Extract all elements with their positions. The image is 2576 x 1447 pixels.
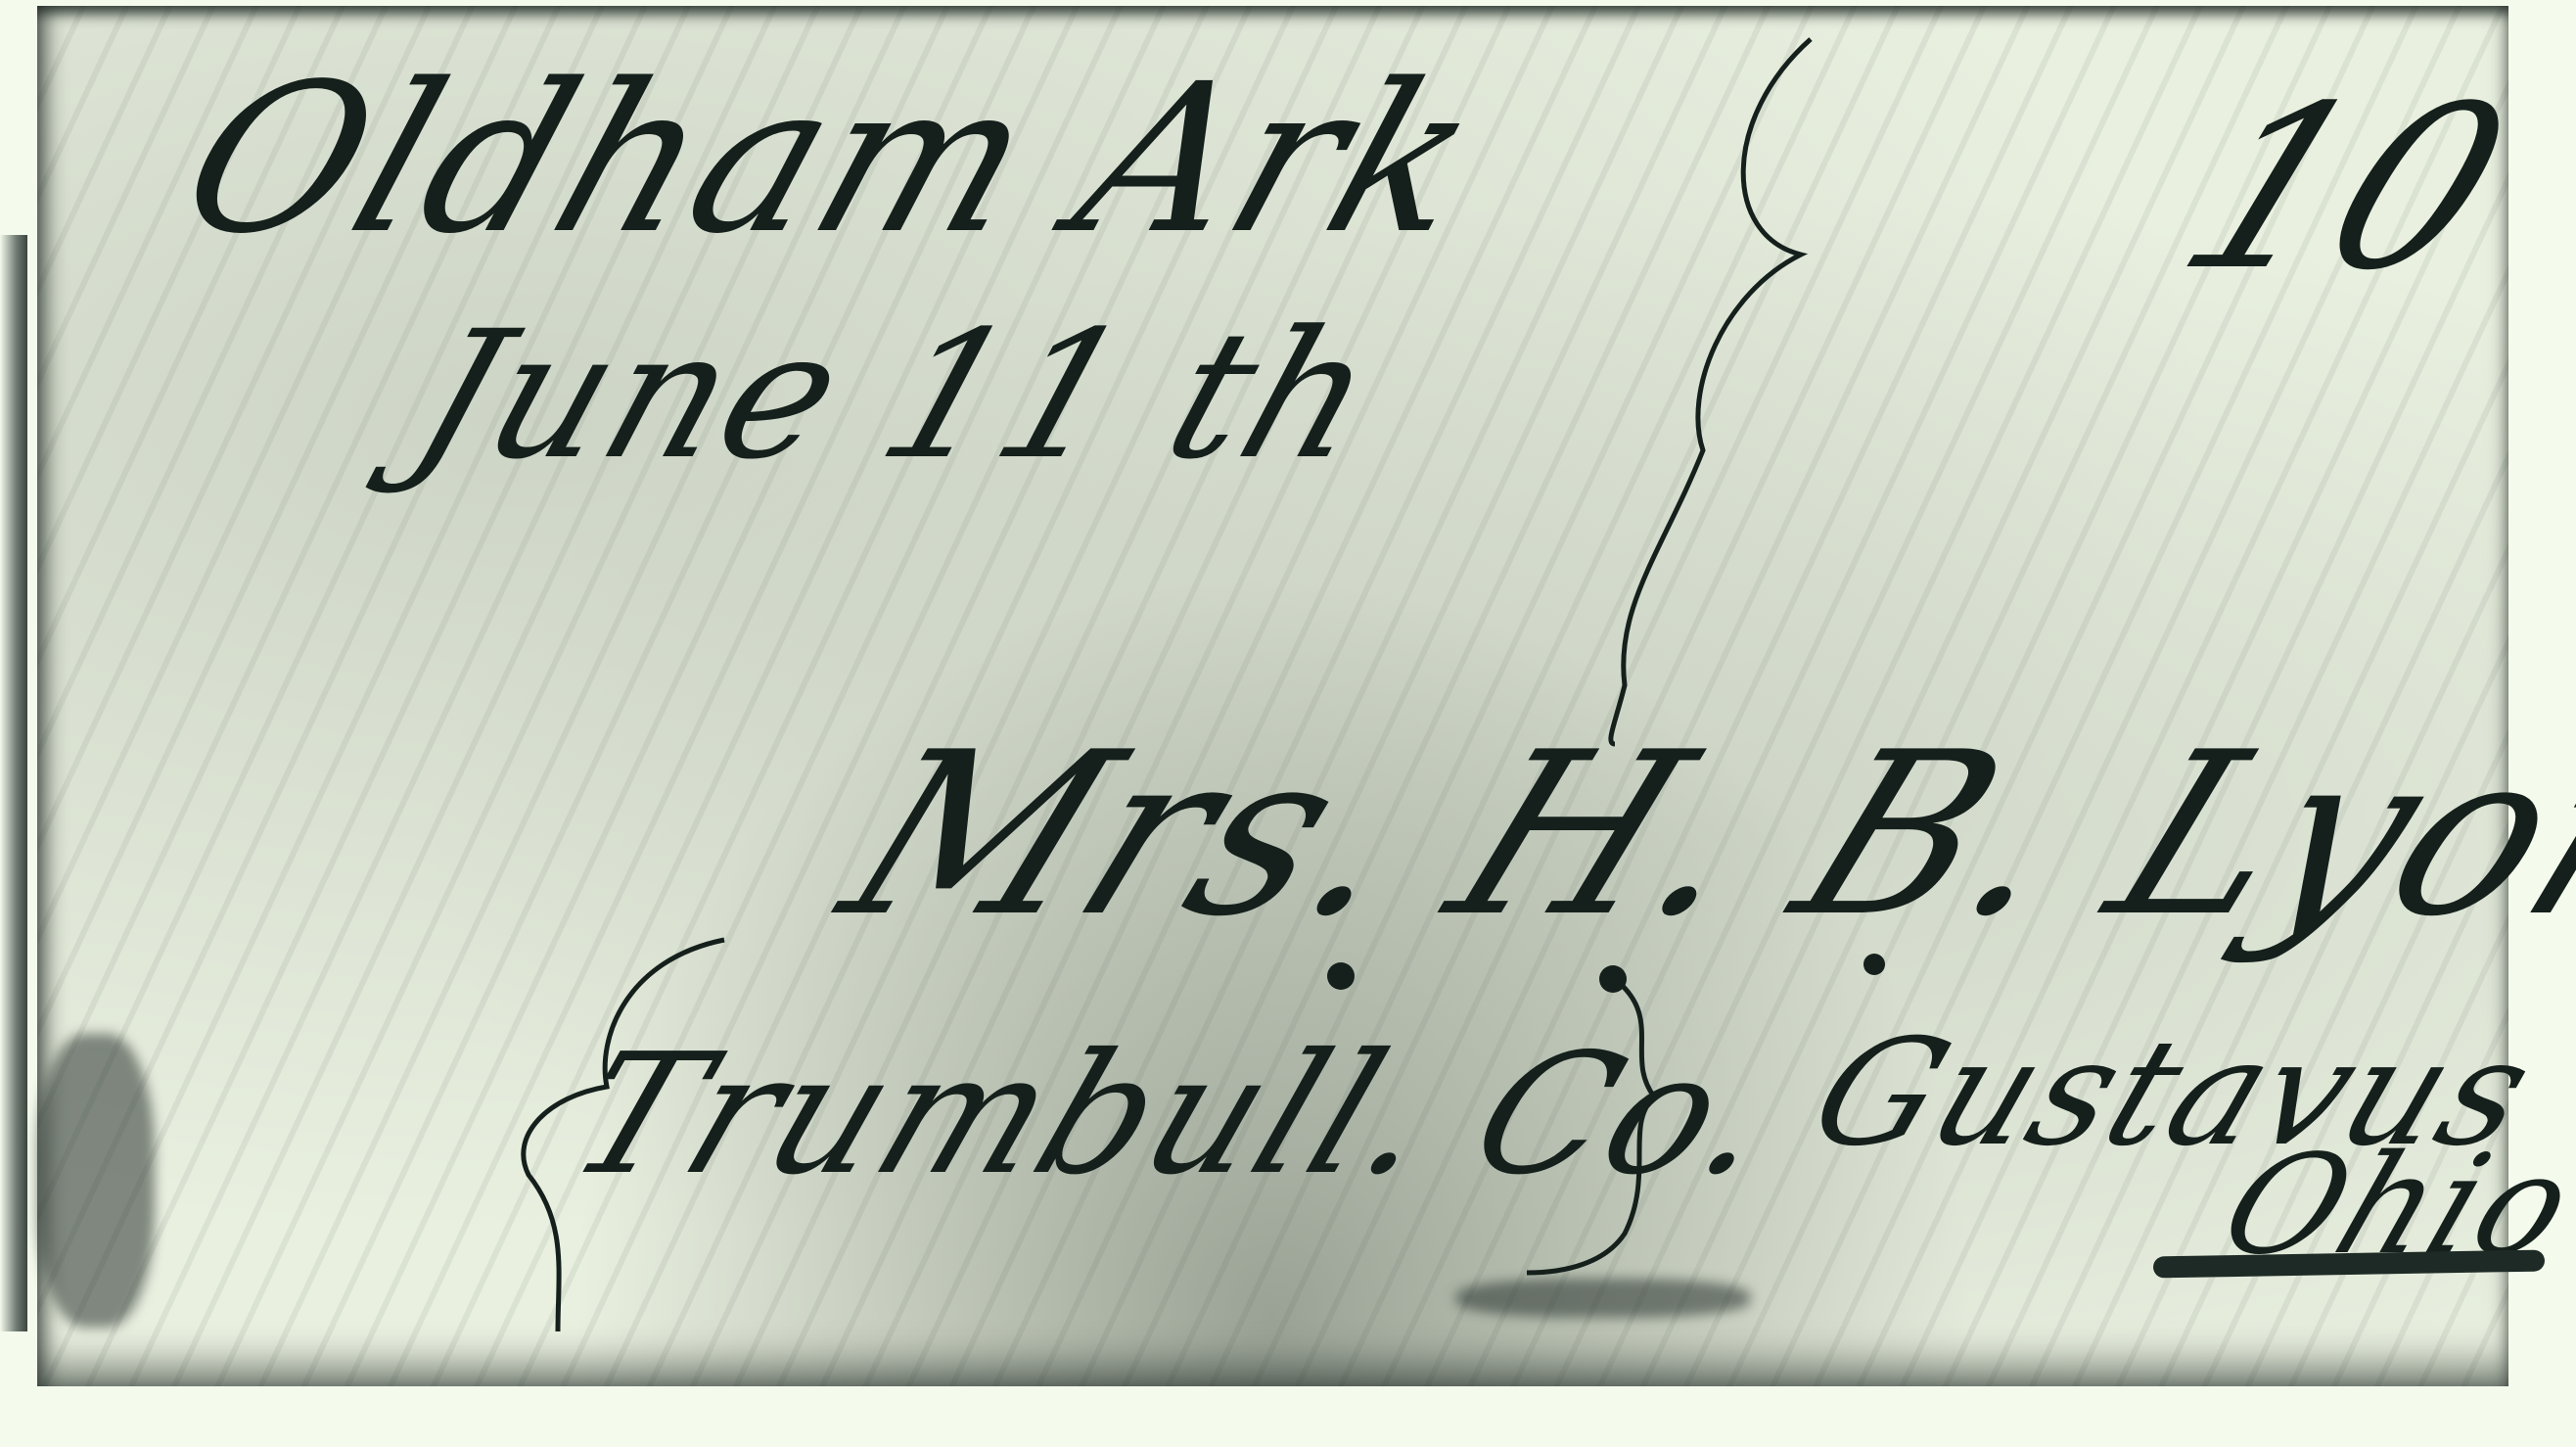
postmark-date: June 11 th [391,294,1400,498]
scan-background: Oldham Ark June 11 th 10 Mrs. H. B. Lyon… [0,0,2576,1447]
ink-smudge [1456,1279,1750,1318]
ink-smudge [37,1034,155,1328]
address-county: Trumbull. Co. [548,1018,1803,1212]
scan-edge-shadow [0,235,27,1331]
postmark-town: Oldham Ark [157,39,1506,279]
addressee-name: Mrs. H. B. Lyon [812,705,2576,966]
